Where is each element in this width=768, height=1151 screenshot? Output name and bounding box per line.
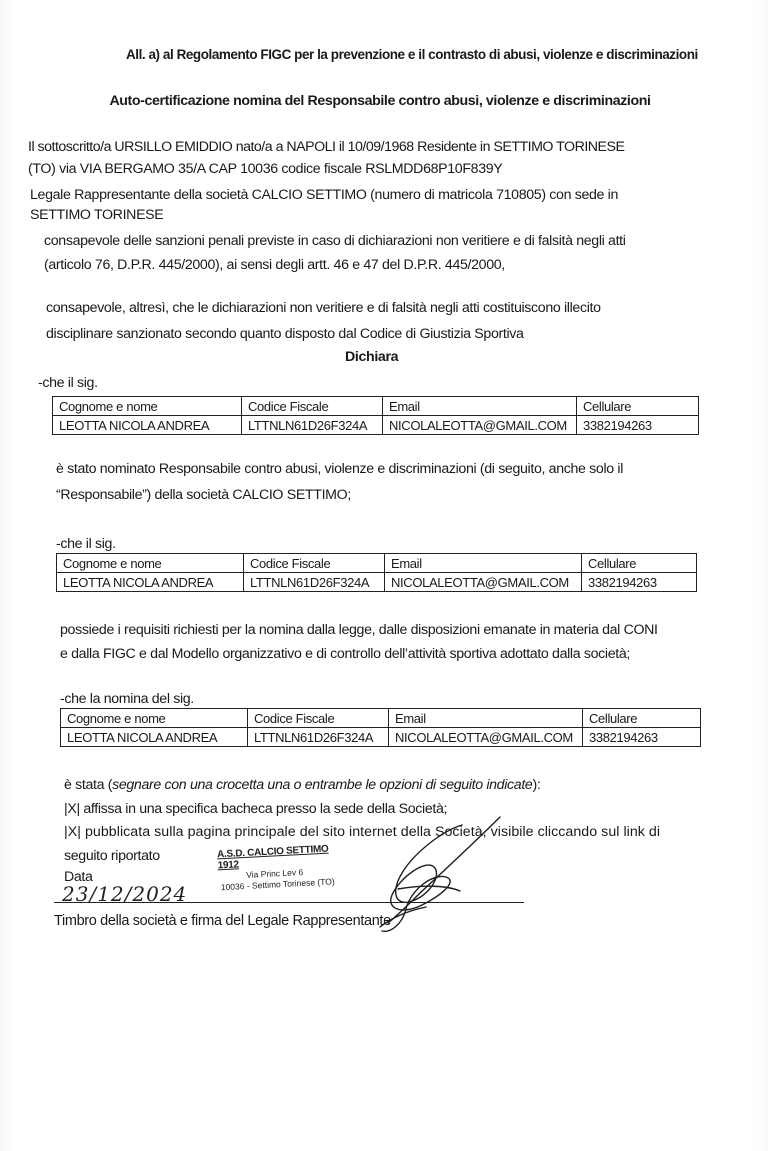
header-tax-code: Codice Fiscale	[242, 397, 383, 416]
person-table-1: Cognome e nome Codice Fiscale Email Cell…	[52, 396, 699, 435]
section-2-after-line-1: possiede i requisiti richiesti per la no…	[60, 621, 658, 639]
person-mobile: 3382194263	[582, 573, 697, 592]
header-tax-code: Codice Fiscale	[244, 554, 385, 573]
publication-continuation: seguito riportato	[64, 847, 160, 865]
annex-title: All. a) al Regolamento FIGC per la preve…	[126, 46, 666, 64]
person-mobile: 3382194263	[577, 416, 699, 435]
section-1-after-line-2: “Responsabile”) della società CALCIO SET…	[56, 486, 351, 504]
person-tax-code: LTTNLN61D26F324A	[242, 416, 383, 435]
header-name: Cognome e nome	[57, 554, 244, 573]
declares-heading: Dichiara	[345, 348, 398, 366]
person-tax-code: LTTNLN61D26F324A	[244, 573, 385, 592]
person-table-3: Cognome e nome Codice Fiscale Email Cell…	[60, 708, 701, 747]
awareness-line-2: disciplinare sanzionato secondo quanto d…	[46, 325, 524, 343]
declarant-line-3: Legale Rappresentante della società CALC…	[30, 186, 618, 204]
declarant-line-1: Il sottoscritto/a URSILLO EMIDDIO nato/a…	[28, 138, 624, 156]
header-email: Email	[389, 709, 583, 728]
awareness-line-1: consapevole, altresì, che le dichiarazio…	[46, 299, 601, 317]
publication-instruction-italic: segnare con una crocetta una o entrambe …	[112, 777, 532, 793]
declarant-line-2: (TO) via VIA BERGAMO 35/A CAP 10036 codi…	[28, 160, 502, 178]
declarant-line-6: (articolo 76, D.P.R. 445/2000), ai sensi…	[44, 256, 505, 274]
checkbox-mark[interactable]: |X|	[64, 824, 81, 840]
person-tax-code: LTTNLN61D26F324A	[248, 728, 389, 747]
header-email: Email	[383, 397, 577, 416]
table-header-row: Cognome e nome Codice Fiscale Email Cell…	[61, 709, 701, 728]
signature-caption: Timbro della società e firma del Legale …	[54, 912, 391, 930]
table-header-row: Cognome e nome Codice Fiscale Email Cell…	[53, 397, 699, 416]
table-row: LEOTTA NICOLA ANDREA LTTNLN61D26F324A NI…	[57, 573, 697, 592]
person-email: NICOLALEOTTA@GMAIL.COM	[383, 416, 577, 435]
header-tax-code: Codice Fiscale	[248, 709, 389, 728]
declarant-line-5: consapevole delle sanzioni penali previs…	[44, 232, 626, 250]
header-mobile: Cellulare	[583, 709, 701, 728]
signature-icon	[350, 815, 530, 935]
person-name: LEOTTA NICOLA ANDREA	[53, 416, 242, 435]
table-header-row: Cognome e nome Codice Fiscale Email Cell…	[57, 554, 697, 573]
person-mobile: 3382194263	[583, 728, 701, 747]
publication-instruction: è stata (segnare con una crocetta una o …	[64, 776, 540, 794]
table-row: LEOTTA NICOLA ANDREA LTTNLN61D26F324A NI…	[53, 416, 699, 435]
section-2-intro: -che il sig.	[56, 535, 116, 553]
checkbox-mark[interactable]: |X|	[64, 801, 80, 817]
header-email: Email	[385, 554, 582, 573]
table-row: LEOTTA NICOLA ANDREA LTTNLN61D26F324A NI…	[61, 728, 701, 747]
person-name: LEOTTA NICOLA ANDREA	[61, 728, 248, 747]
section-2-after-line-2: e dalla FIGC e dal Modello organizzativo…	[60, 645, 630, 663]
section-1-after-line-1: è stato nominato Responsabile contro abu…	[56, 460, 623, 478]
person-email: NICOLALEOTTA@GMAIL.COM	[389, 728, 583, 747]
publication-suffix: ):	[532, 777, 540, 793]
company-stamp: A.S.D. CALCIO SETTIMO 1912 Via Princ Lev…	[217, 843, 349, 898]
form-title: Auto-certificazione nomina del Responsab…	[80, 92, 680, 110]
header-mobile: Cellulare	[582, 554, 697, 573]
header-name: Cognome e nome	[61, 709, 248, 728]
header-mobile: Cellulare	[577, 397, 699, 416]
header-name: Cognome e nome	[53, 397, 242, 416]
person-name: LEOTTA NICOLA ANDREA	[57, 573, 244, 592]
declarant-line-4: SETTIMO TORINESE	[30, 206, 163, 224]
person-email: NICOLALEOTTA@GMAIL.COM	[385, 573, 582, 592]
person-table-2: Cognome e nome Codice Fiscale Email Cell…	[56, 553, 697, 592]
section-3-intro: -che la nomina del sig.	[60, 690, 194, 708]
section-1-intro: -che il sig.	[38, 374, 98, 392]
publication-prefix: è stata (	[64, 777, 112, 793]
